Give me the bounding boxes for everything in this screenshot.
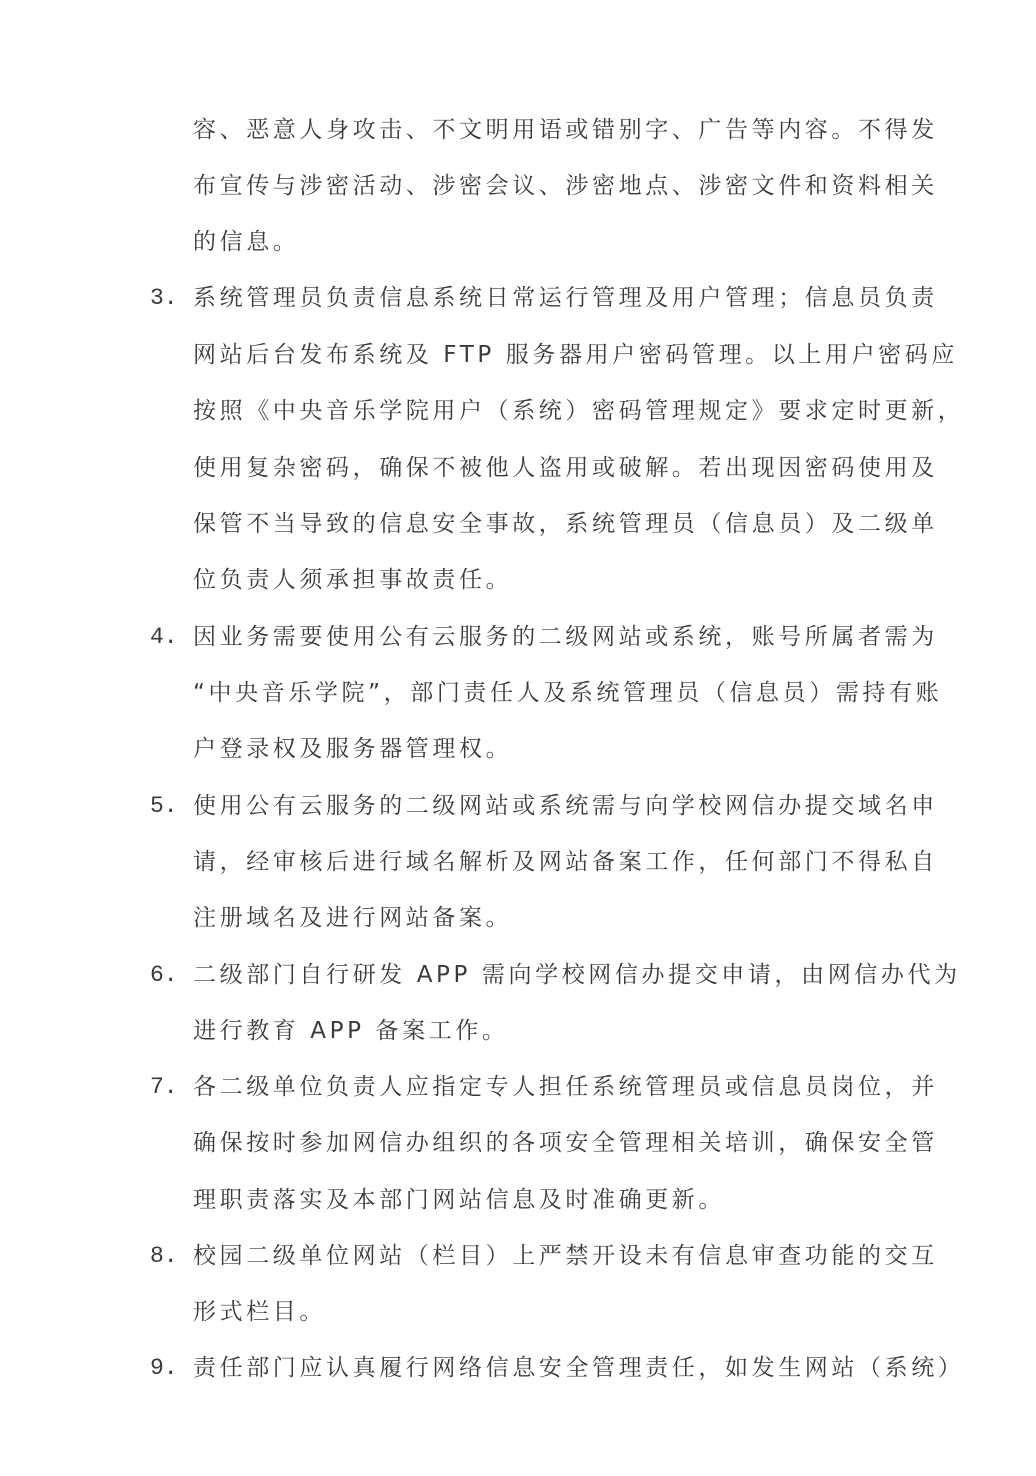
text-line: 保管不当导致的信息安全事故，系统管理员（信息员）及二级单 xyxy=(193,504,913,544)
item-number: 9. xyxy=(150,1348,178,1388)
text-line: 因业务需要使用公有云服务的二级网站或系统，账号所属者需为 xyxy=(193,617,913,657)
text-line: 形式栏目。 xyxy=(193,1292,913,1332)
text-line: 校园二级单位网站（栏目）上严禁开设未有信息审查功能的交互 xyxy=(193,1236,913,1276)
text-line: 注册域名及进行网站备案。 xyxy=(193,898,913,938)
text-line: 责任部门应认真履行网络信息安全管理责任，如发生网站（系统） xyxy=(193,1348,913,1388)
text-line: 使用复杂密码，确保不被他人盗用或破解。若出现因密码使用及 xyxy=(193,448,913,488)
item-number: 8. xyxy=(150,1236,178,1276)
text-line: 容、恶意人身攻击、不文明用语或错别字、广告等内容。不得发 xyxy=(193,110,913,150)
text-line: “中央音乐学院”，部门责任人及系统管理员（信息员）需持有账 xyxy=(193,673,913,713)
text-line: 系统管理员负责信息系统日常运行管理及用户管理；信息员负责 xyxy=(193,278,913,318)
text-line: 确保按时参加网信办组织的各项安全管理相关培训，确保安全管 xyxy=(193,1123,913,1163)
text-line: 各二级单位负责人应指定专人担任系统管理员或信息员岗位，并 xyxy=(193,1067,913,1107)
text-line: 请，经审核后进行域名解析及网站备案工作，任何部门不得私自 xyxy=(193,842,913,882)
text-line: 按照《中央音乐学院用户（系统）密码管理规定》要求定时更新， xyxy=(193,391,913,431)
item-number: 4. xyxy=(150,617,178,657)
item-number: 6. xyxy=(150,955,178,995)
text-line: 使用公有云服务的二级网站或系统需与向学校网信办提交域名申 xyxy=(193,786,913,826)
text-line: 网站后台发布系统及 FTP 服务器用户密码管理。以上用户密码应 xyxy=(193,335,913,375)
text-line: 布宣传与涉密活动、涉密会议、涉密地点、涉密文件和资料相关 xyxy=(193,166,913,206)
text-line: 进行教育 APP 备案工作。 xyxy=(193,1011,913,1051)
text-line: 二级部门自行研发 APP 需向学校网信办提交申请，由网信办代为 xyxy=(193,955,913,995)
item-number: 7. xyxy=(150,1067,178,1107)
item-number: 5. xyxy=(150,786,178,826)
text-line: 位负责人须承担事故责任。 xyxy=(193,560,913,600)
text-line: 的信息。 xyxy=(193,222,913,262)
document-page: 容、恶意人身攻击、不文明用语或错别字、广告等内容。不得发 布宣传与涉密活动、涉密… xyxy=(0,0,1036,1476)
text-line: 户登录权及服务器管理权。 xyxy=(193,729,913,769)
text-line: 理职责落实及本部门网站信息及时准确更新。 xyxy=(193,1180,913,1220)
item-number: 3. xyxy=(150,278,178,318)
